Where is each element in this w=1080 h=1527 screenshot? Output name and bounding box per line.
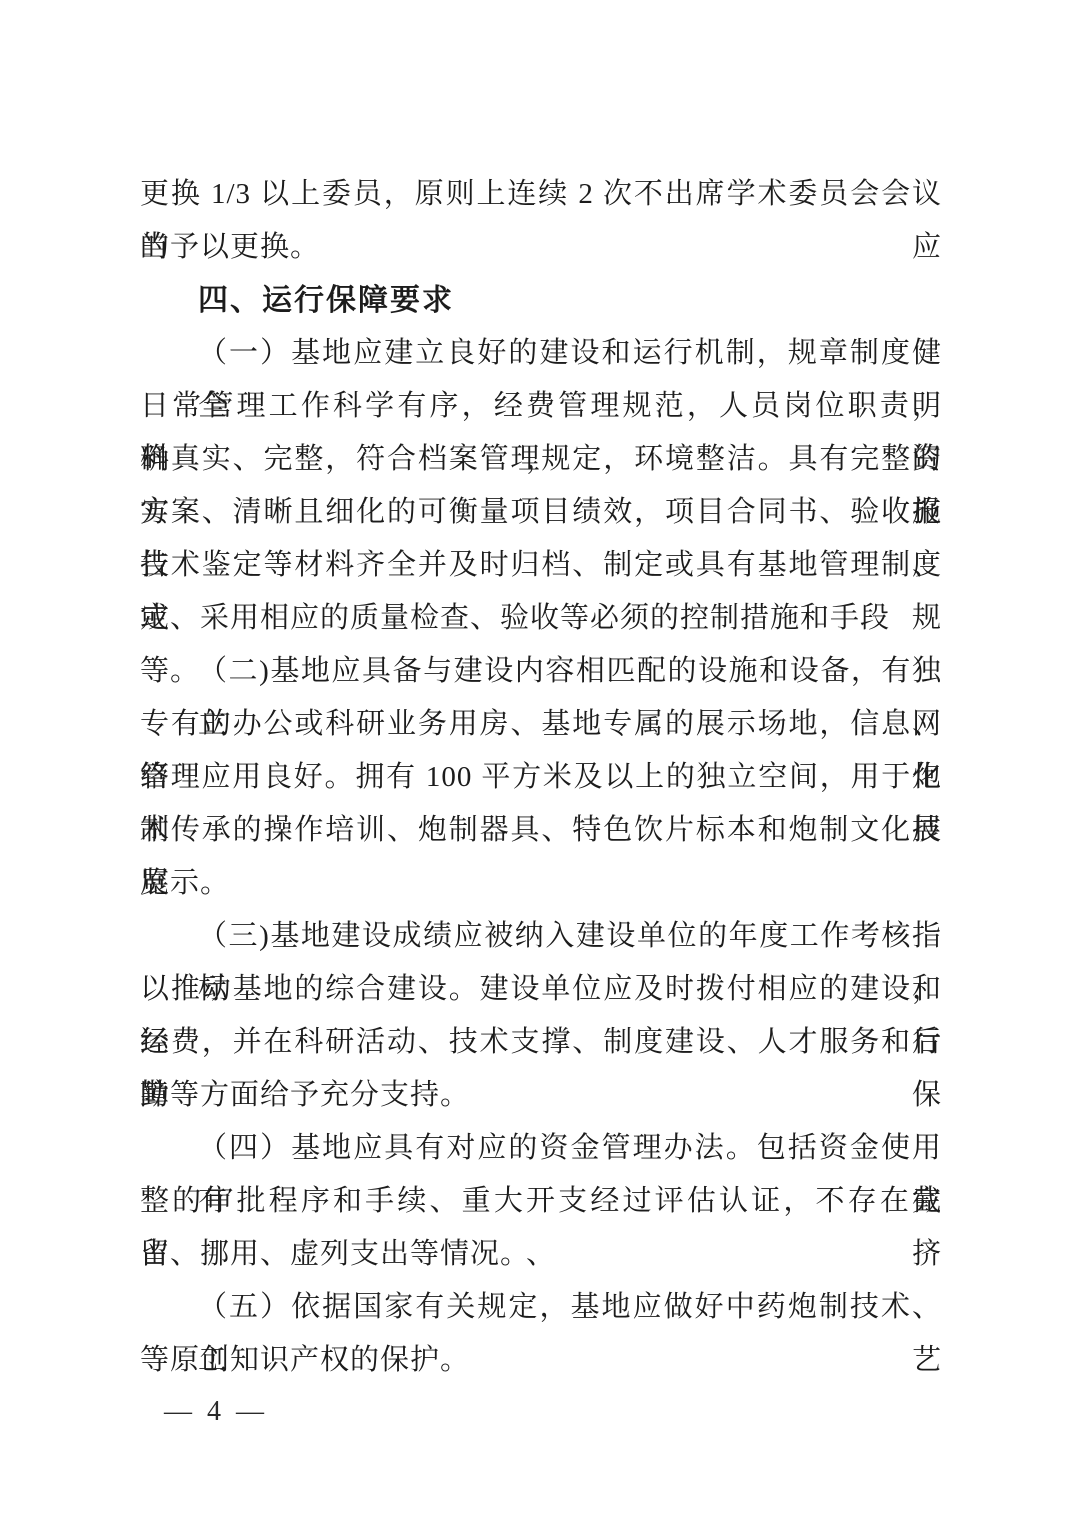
text-line: 技术鉴定等材料齐全并及时归档、制定或具有基地管理制度或规 (140, 539, 942, 592)
text-line: 更换 1/3 以上委员，原则上连续 2 次不出席学术委员会会议的应 (140, 168, 942, 221)
text-line: 术传承的操作培训、炮制器具、特色饮片标本和炮制文化展览 (140, 804, 942, 857)
document-body: 更换 1/3 以上委员，原则上连续 2 次不出席学术委员会会议的应当予以更换。四… (140, 168, 942, 1387)
text-line: 管理应用良好。拥有 100 平方米及以上的独立空间，用于炮制技 (140, 751, 942, 804)
section-heading: 四、运行保障要求 (140, 274, 942, 327)
text-line: （一）基地应建立良好的建设和运行机制，规章制度健全， (140, 327, 942, 380)
text-line: 专有的办公或科研业务用房、基地专属的展示场地，信息网络化 (140, 698, 942, 751)
document-page: 更换 1/3 以上委员，原则上连续 2 次不出席学术委员会会议的应当予以更换。四… (0, 0, 1080, 1527)
text-line: 以推动基地的综合建设。建设单位应及时拨付相应的建设和运行 (140, 963, 942, 1016)
text-line: 整的审批程序和手续、重大开支经过评估认证，不存在截留、挤 (140, 1175, 942, 1228)
text-line: 展示。 (140, 857, 942, 910)
text-line: （二)基地应具备与建设内容相匹配的设施和设备，有独立、 (140, 645, 942, 698)
text-line: 定、采用相应的质量检查、验收等必须的控制措施和手段等。 (140, 592, 942, 645)
text-line: （五）依据国家有关规定，基地应做好中药炮制技术、工艺 (140, 1281, 942, 1334)
text-line: 经费，并在科研活动、技术支撑、制度建设、人才服务和后勤保 (140, 1016, 942, 1069)
text-line: 方案、清晰且细化的可衡量项目绩效，项目合同书、验收报告、 (140, 486, 942, 539)
text-line: （三)基地建设成绩应被纳入建设单位的年度工作考核指标， (140, 910, 942, 963)
text-line: 日常管理工作科学有序，经费管理规范，人员岗位职责明确，资 (140, 380, 942, 433)
text-line: 料真实、完整，符合档案管理规定，环境整洁。具有完整的实施 (140, 433, 942, 486)
page-number: — 4 — (164, 1396, 268, 1428)
text-line: （四）基地应具有对应的资金管理办法。包括资金使用有完 (140, 1122, 942, 1175)
